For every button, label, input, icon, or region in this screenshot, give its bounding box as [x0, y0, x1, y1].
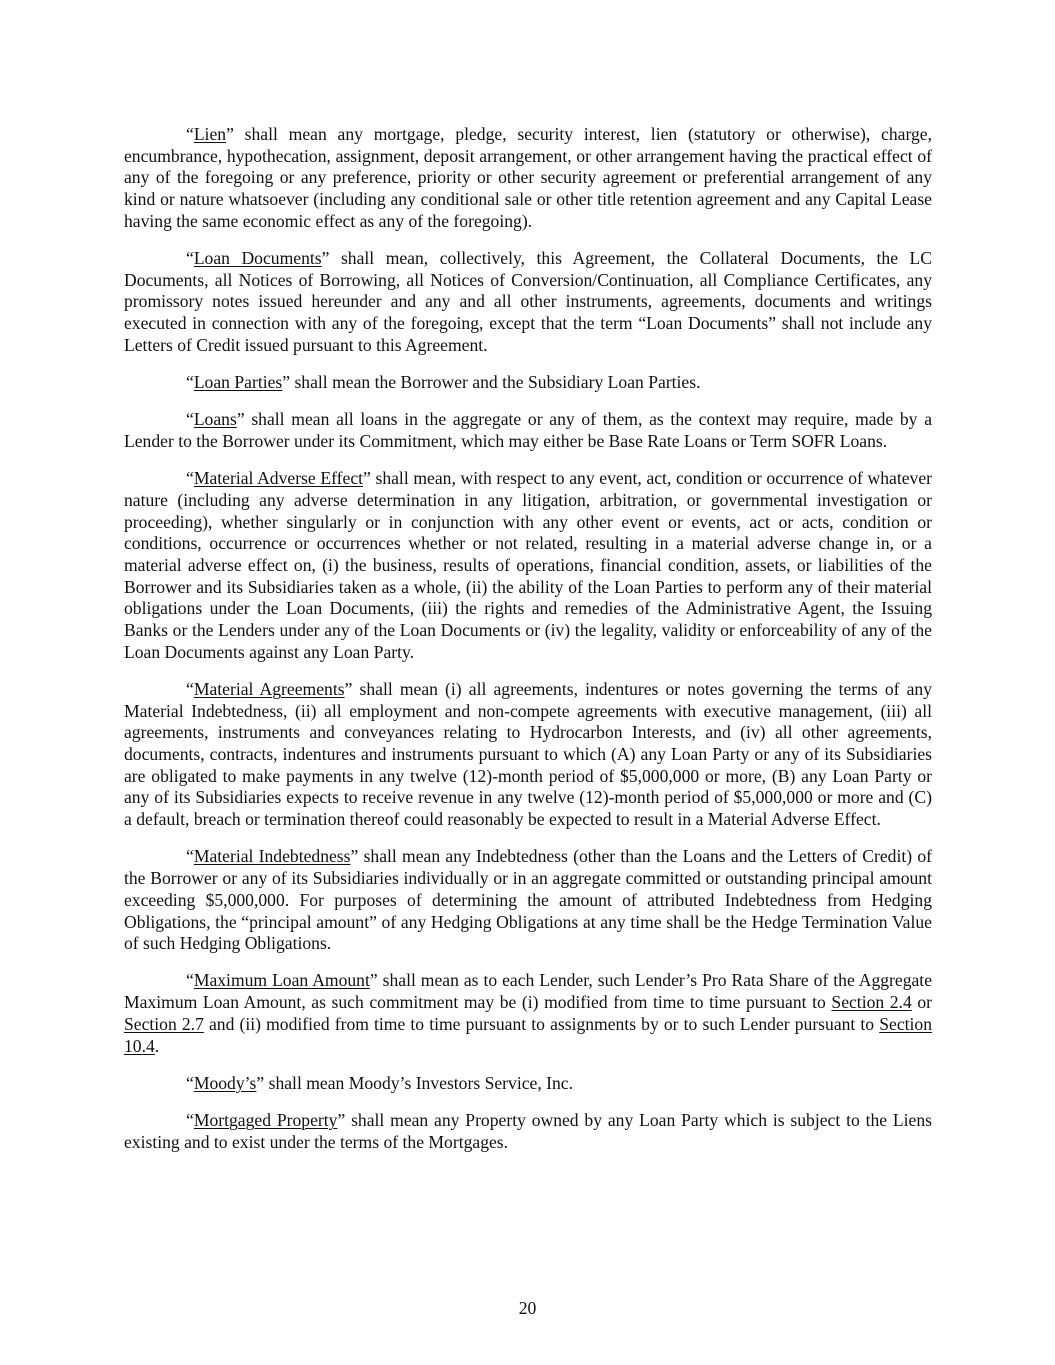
document-page: “Lien” shall mean any mortgage, pledge, …: [124, 124, 932, 1169]
definition-body: ” shall mean (i) all agreements, indentu…: [124, 679, 932, 829]
defined-term: Maximum Loan Amount: [194, 970, 370, 990]
page-number: 20: [0, 1298, 1055, 1319]
definition-material-indebtedness: “Material Indebtedness” shall mean any I…: [124, 846, 932, 955]
definition-moodys: “Moody’s” shall mean Moody’s Investors S…: [124, 1073, 932, 1095]
section-reference-link[interactable]: Section 2.7: [124, 1014, 204, 1034]
open-quote: “: [186, 409, 194, 429]
defined-term: Loan Documents: [194, 248, 322, 268]
defined-term: Material Indebtedness: [194, 846, 351, 866]
definition-body: ” shall mean the Borrower and the Subsid…: [282, 372, 700, 392]
open-quote: “: [186, 468, 194, 488]
open-quote: “: [186, 124, 194, 144]
definition-body: ” shall mean Moody’s Investors Service, …: [256, 1073, 573, 1093]
defined-term: Material Adverse Effect: [194, 468, 363, 488]
defined-term: Loans: [194, 409, 237, 429]
definition-mortgaged-property: “Mortgaged Property” shall mean any Prop…: [124, 1110, 932, 1153]
definition-material-agreements: “Material Agreements” shall mean (i) all…: [124, 679, 932, 831]
open-quote: “: [186, 970, 194, 990]
definition-body: .: [155, 1036, 159, 1056]
open-quote: “: [186, 248, 194, 268]
definition-material-adverse-effect: “Material Adverse Effect” shall mean, wi…: [124, 468, 932, 663]
defined-term: Material Agreements: [194, 679, 345, 699]
open-quote: “: [186, 372, 194, 392]
section-reference-link[interactable]: Section 2.4: [831, 992, 911, 1012]
definition-loan-parties: “Loan Parties” shall mean the Borrower a…: [124, 372, 932, 394]
open-quote: “: [186, 679, 194, 699]
definition-loans: “Loans” shall mean all loans in the aggr…: [124, 409, 932, 452]
definition-maximum-loan-amount: “Maximum Loan Amount” shall mean as to e…: [124, 970, 932, 1057]
definition-body: ” shall mean any mortgage, pledge, secur…: [124, 124, 932, 231]
defined-term: Lien: [194, 124, 226, 144]
defined-term: Mortgaged Property: [194, 1110, 338, 1130]
definition-loan-documents: “Loan Documents” shall mean, collectivel…: [124, 248, 932, 357]
definition-body: ” shall mean, with respect to any event,…: [124, 468, 932, 662]
definition-body: or: [912, 992, 932, 1012]
open-quote: “: [186, 1110, 194, 1130]
defined-term: Moody’s: [194, 1073, 257, 1093]
definition-body: and (ii) modified from time to time purs…: [204, 1014, 879, 1034]
definition-lien: “Lien” shall mean any mortgage, pledge, …: [124, 124, 932, 233]
definition-body: ” shall mean all loans in the aggregate …: [124, 409, 932, 451]
defined-term: Loan Parties: [194, 372, 282, 392]
open-quote: “: [186, 1073, 194, 1093]
open-quote: “: [186, 846, 194, 866]
